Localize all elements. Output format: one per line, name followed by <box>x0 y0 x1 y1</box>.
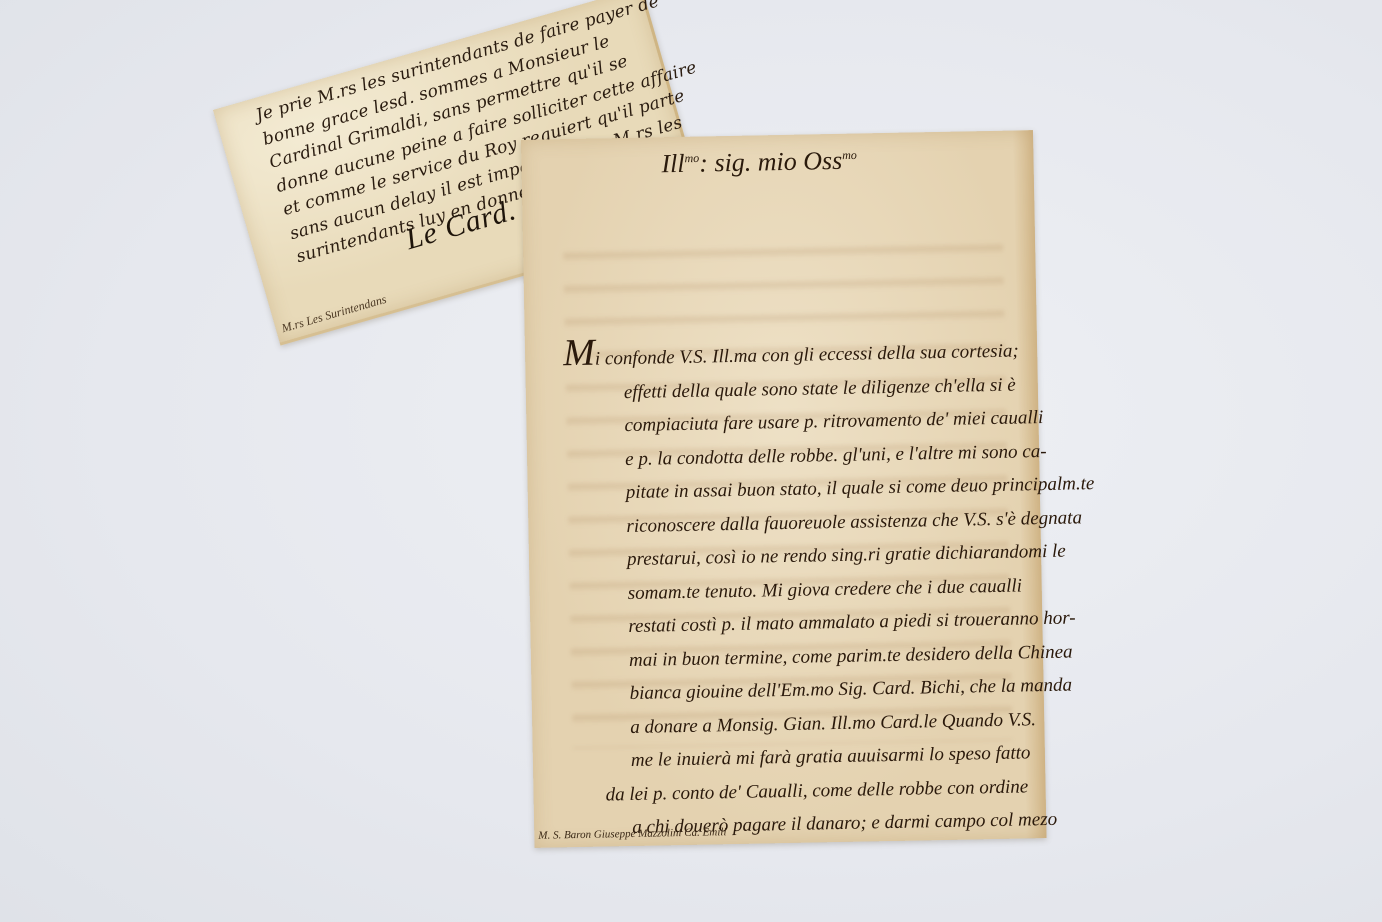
salutation-middle: : sig. mio Oss <box>699 146 843 178</box>
salutation-sup: mo <box>684 151 699 165</box>
salutation-sup: mo <box>842 148 857 162</box>
letter-body: Mi confonde V.S. Ill.ma con gli eccessi … <box>563 328 1043 845</box>
salutation-prefix: Ill <box>661 149 685 178</box>
letter-salutation: Illmo: sig. mio Ossmo <box>661 146 857 180</box>
address-line: M.rs Les Surintendans <box>280 292 388 336</box>
large-letter-sheet: Illmo: sig. mio Ossmo Mi confonde V.S. I… <box>521 130 1046 848</box>
